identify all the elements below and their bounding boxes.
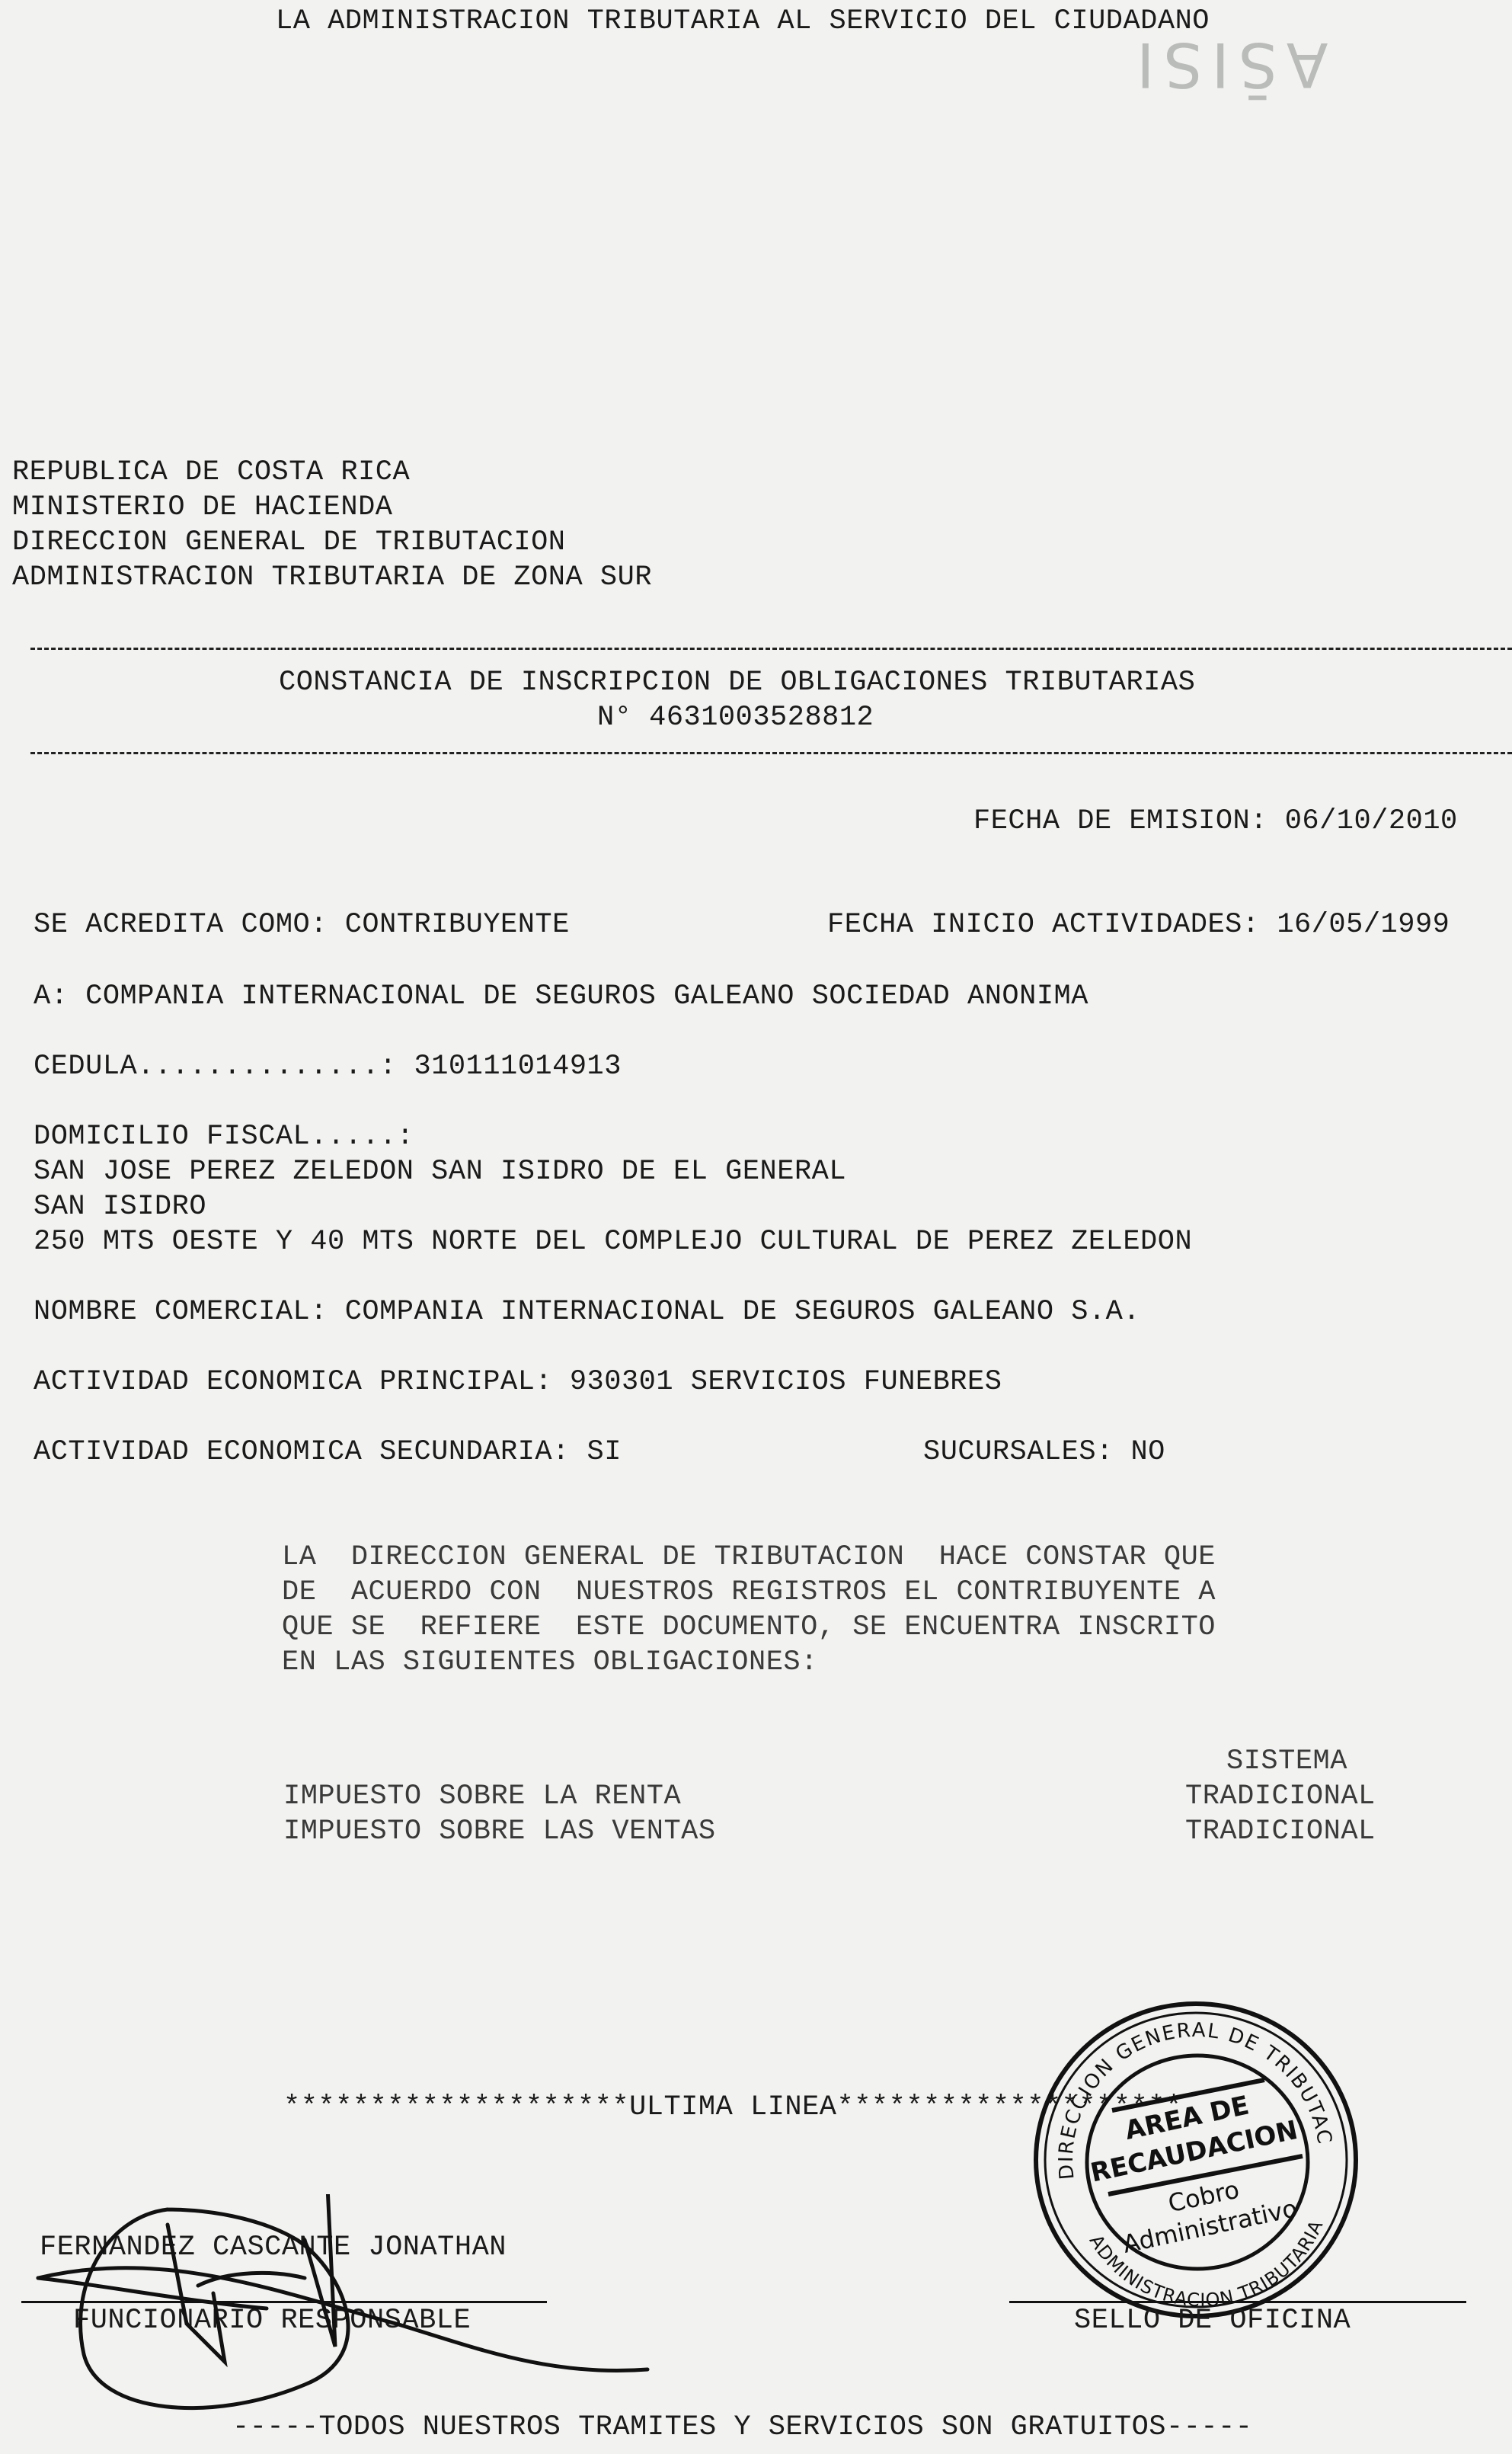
system-header: SISTEMA <box>1226 1745 1347 1778</box>
branches-value: NO <box>1130 1436 1165 1468</box>
statement-line: EN LAS SIGUIENTES OBLIGACIONES: <box>282 1646 818 1679</box>
separator-bottom <box>30 752 1512 754</box>
secondary-activity-label: ACTIVIDAD ECONOMICA SECUNDARIA: <box>34 1436 570 1468</box>
secondary-activity-value: SI <box>587 1436 622 1468</box>
branches: SUCURSALES: NO <box>923 1435 1165 1469</box>
start-date-value: 16/05/1999 <box>1277 909 1450 941</box>
emission-date-value: 06/10/2010 <box>1285 805 1458 837</box>
pencil-annotation: AS̄ISI <box>1127 29 1328 100</box>
issuer-line: REPUBLICA DE COSTA RICA <box>12 456 410 489</box>
separator-top <box>30 648 1512 650</box>
start-date: FECHA INICIO ACTIVIDADES: 16/05/1999 <box>827 908 1450 942</box>
statement-line: QUE SE REFIERE ESTE DOCUMENTO, SE ENCUEN… <box>282 1611 1216 1644</box>
footer-note: -----TODOS NUESTROS TRAMITES Y SERVICIOS… <box>232 2411 1253 2444</box>
obligation-system: TRADICIONAL <box>1185 1815 1376 1848</box>
statement-line: DE ACUERDO CON NUESTROS REGISTROS EL CON… <box>282 1576 1216 1609</box>
main-activity: ACTIVIDAD ECONOMICA PRINCIPAL: 930301 SE… <box>34 1365 1002 1399</box>
obligation-tax: IMPUESTO SOBRE LAS VENTAS <box>283 1815 716 1848</box>
stamp-line <box>1009 2301 1466 2303</box>
obligation-system: TRADICIONAL <box>1185 1780 1376 1813</box>
branches-label: SUCURSALES: <box>923 1436 1114 1468</box>
taxpayer-name-label: A: <box>34 981 68 1013</box>
taxpayer-id-value: 310111014913 <box>414 1051 622 1083</box>
obligation-tax: IMPUESTO SOBRE LA RENTA <box>283 1780 681 1813</box>
taxpayer-id: CEDULA..............: 310111014913 <box>34 1050 622 1083</box>
statement-line: LA DIRECCION GENERAL DE TRIBUTACION HACE… <box>282 1541 1216 1574</box>
main-activity-label: ACTIVIDAD ECONOMICA PRINCIPAL: <box>34 1366 552 1398</box>
accredited-as: SE ACREDITA COMO: CONTRIBUYENTE <box>34 908 570 942</box>
trade-name-value: COMPANIA INTERNACIONAL DE SEGUROS GALEAN… <box>345 1296 1140 1328</box>
emission-date-label: FECHA DE EMISION: <box>973 805 1267 837</box>
address-label: DOMICILIO FISCAL.....: <box>34 1120 414 1153</box>
start-date-label: FECHA INICIO ACTIVIDADES: <box>827 909 1260 941</box>
office-stamp: DIRECCION GENERAL DE TRIBUTACION ADMINIS… <box>1021 1988 1371 2339</box>
header-slogan: LA ADMINISTRACION TRIBUTARIA AL SERVICIO… <box>276 5 1210 38</box>
address-line: SAN ISIDRO <box>34 1190 206 1224</box>
accredited-value: CONTRIBUYENTE <box>345 909 570 941</box>
emission-date: FECHA DE EMISION: 06/10/2010 <box>973 805 1458 838</box>
handwritten-signature <box>15 2194 670 2423</box>
taxpayer-name-value: COMPANIA INTERNACIONAL DE SEGUROS GALEAN… <box>85 981 1088 1013</box>
document-title: CONSTANCIA DE INSCRIPCION DE OBLIGACIONE… <box>279 666 1195 699</box>
issuer-line: ADMINISTRACION TRIBUTARIA DE ZONA SUR <box>12 561 652 594</box>
taxpayer-id-label: CEDULA..............: <box>34 1051 397 1083</box>
taxpayer-name: A: COMPANIA INTERNACIONAL DE SEGUROS GAL… <box>34 980 1088 1013</box>
address-line: SAN JOSE PEREZ ZELEDON SAN ISIDRO DE EL … <box>34 1155 846 1189</box>
issuer-line: DIRECCION GENERAL DE TRIBUTACION <box>12 526 566 559</box>
document-number: N° 4631003528812 <box>597 701 874 734</box>
issuer-line: MINISTERIO DE HACIENDA <box>12 491 392 524</box>
main-activity-value: 930301 SERVICIOS FUNEBRES <box>570 1366 1002 1398</box>
trade-name: NOMBRE COMERCIAL: COMPANIA INTERNACIONAL… <box>34 1295 1140 1329</box>
accredited-label: SE ACREDITA COMO: <box>34 909 328 941</box>
stamp-caption: SELLO DE OFICINA <box>1074 2304 1351 2337</box>
address-line: 250 MTS OESTE Y 40 MTS NORTE DEL COMPLEJ… <box>34 1225 1192 1259</box>
trade-name-label: NOMBRE COMERCIAL: <box>34 1296 328 1328</box>
secondary-activity: ACTIVIDAD ECONOMICA SECUNDARIA: SI <box>34 1435 622 1469</box>
